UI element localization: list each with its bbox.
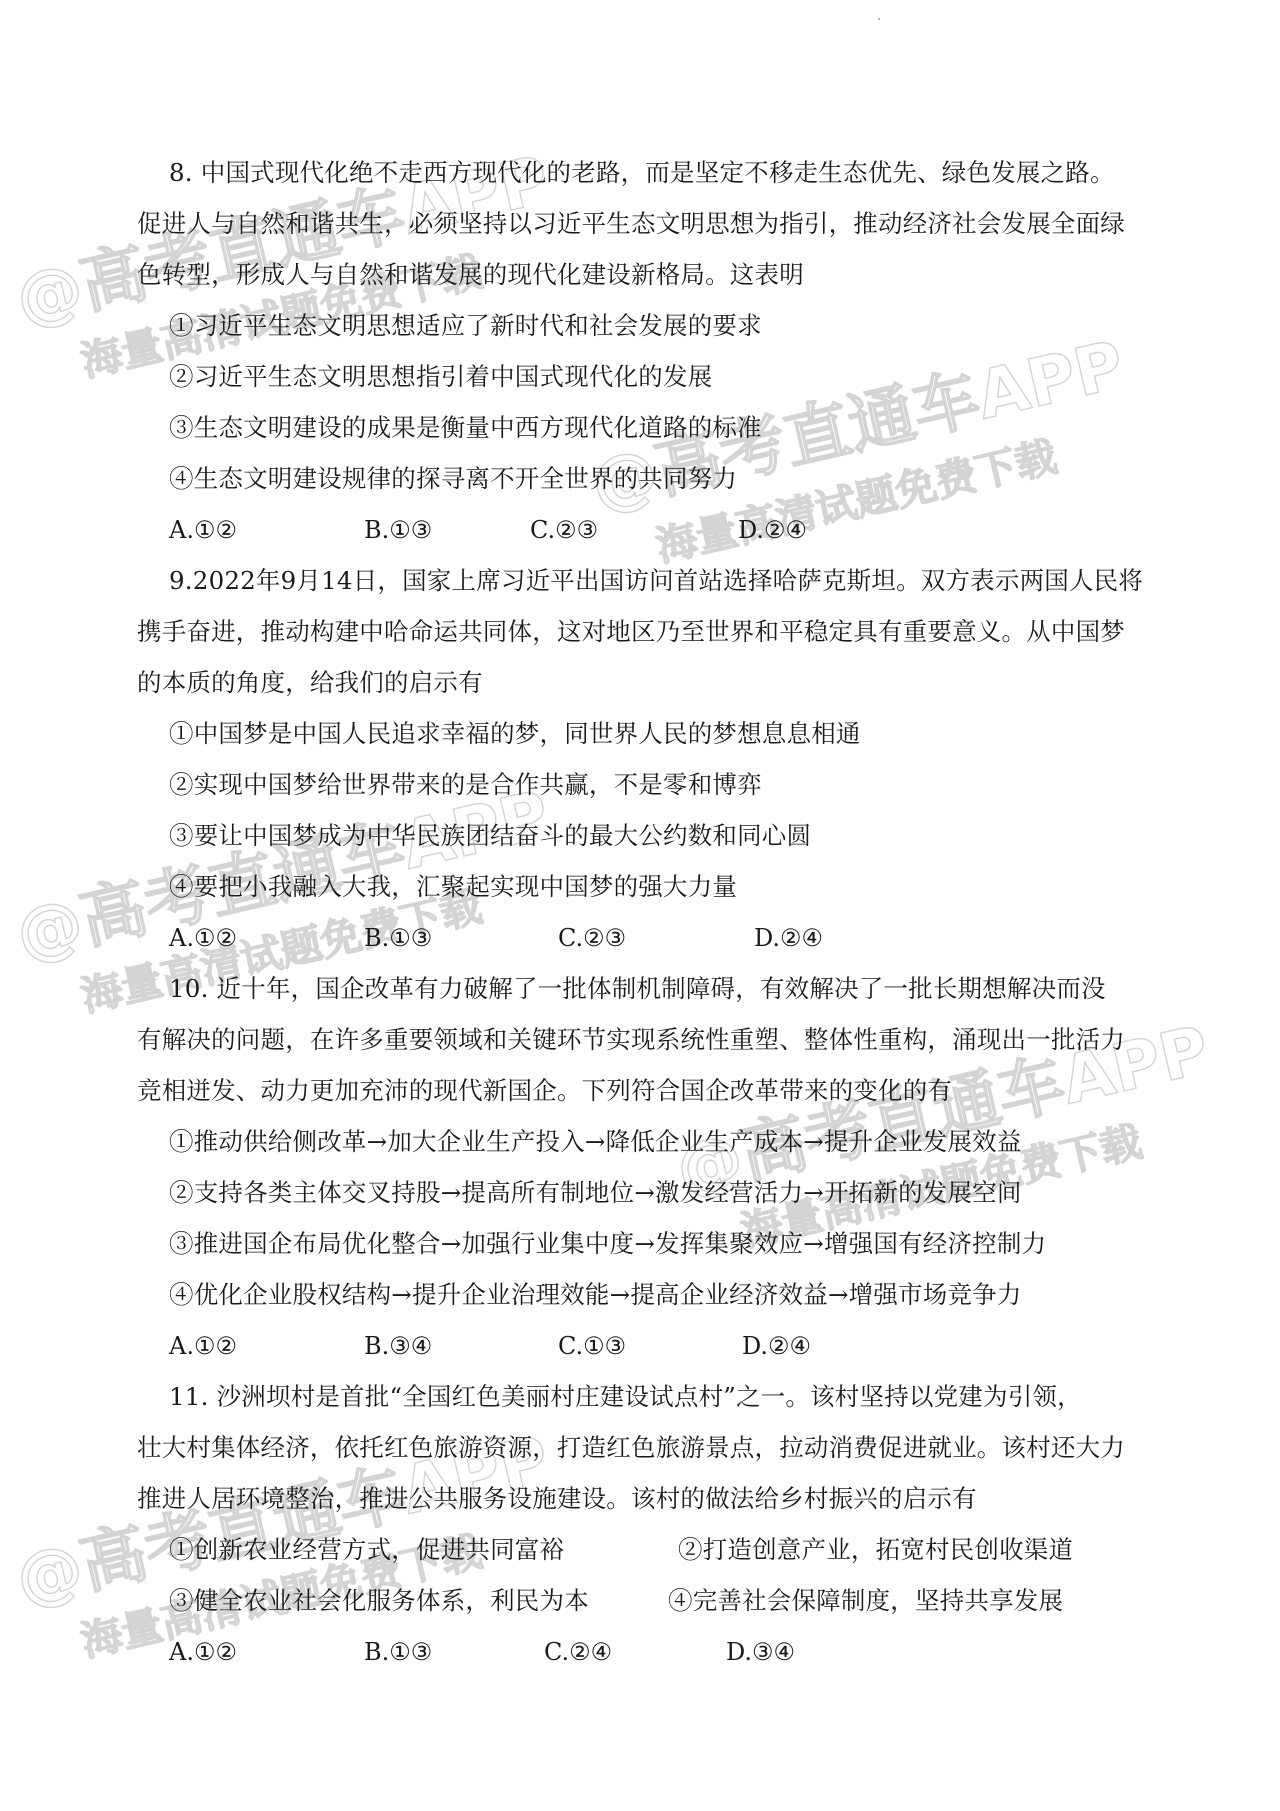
option-b: B.①③: [364, 514, 432, 546]
question-stem-line: 色转型，形成人与自然和谐发展的现代化建设新格局。这表明: [137, 259, 1182, 291]
statement-item: ①中国梦是中国人民追求幸福的梦，同世界人民的梦想息息相通: [169, 718, 1214, 750]
question-stem-line: 壮大村集体经济，依托红色旅游资源，打造红色旅游景点，拉动消费促进就业。该村还大力: [137, 1432, 1182, 1464]
option-b: B.①③: [364, 1636, 432, 1668]
statement-item: ③生态文明建设的成果是衡量中西方现代化道路的标准: [169, 412, 1214, 444]
question-stem-line: 携手奋进，推动构建中哈命运共同体，这对地区乃至世界和平稳定具有重要意义。从中国梦: [137, 616, 1182, 648]
option-a: A.①②: [169, 922, 237, 954]
statement-item: ④生态文明建设规律的探寻离不开全世界的共同努力: [169, 463, 1214, 495]
option-a: A.①②: [169, 1330, 237, 1362]
question-stem-line: 10. 近十年，国企改革有力破解了一批体制机制障碍，有效解决了一批长期想解决而没: [169, 973, 1214, 1005]
statement-item: ③推进国企布局优化整合→加强行业集中度→发挥集聚效应→增强国有经济控制力: [169, 1228, 1214, 1260]
statement-item: ③要让中国梦成为中华民族团结奋斗的最大公约数和同心圆: [169, 820, 1214, 852]
statement-item: ①推动供给侧改革→加大企业生产投入→降低企业生产成本→提升企业发展效益: [169, 1126, 1214, 1158]
option-c: C.①③: [558, 1330, 626, 1362]
question-stem-line: 推进人居环境整治，推进公共服务设施建设。该村的做法给乡村振兴的启示有: [137, 1483, 1182, 1515]
question-stem-line: 8. 中国式现代化绝不走西方现代化的老路，而是坚定不移走生态优先、绿色发展之路。: [169, 157, 1214, 189]
statement-item: ②习近平生态文明思想指引着中国式现代化的发展: [169, 361, 1214, 393]
statement-item: ④完善社会保障制度，坚持共享发展: [668, 1585, 1063, 1617]
watermark: @高考直通车APP 海量高清试题免费下载: [580, 312, 1145, 584]
question-stem-line: 的本质的角度，给我们的启示有: [137, 667, 1182, 699]
option-c: C.②③: [558, 922, 626, 954]
statement-item: ④要把小我融入大我，汇聚起实现中国梦的强大力量: [169, 871, 1214, 903]
option-b: B.①③: [364, 922, 432, 954]
statement-item: ①习近平生态文明思想适应了新时代和社会发展的要求: [169, 310, 1214, 342]
option-d: D.③④: [726, 1636, 795, 1668]
option-d: D.②④: [742, 1330, 811, 1362]
question-stem-line: 竞相迸发、动力更加充沛的现代新国企。下列符合国企改革带来的变化的有: [137, 1075, 1182, 1107]
question-stem-line: 促进人与自然和谐共生，必须坚持以习近平生态文明思想为指引，推动经济社会发展全面绿: [137, 208, 1182, 240]
option-d: D.②④: [754, 922, 823, 954]
option-a: A.①②: [169, 1636, 237, 1668]
option-d: D.②④: [738, 514, 807, 546]
option-a: A.①②: [169, 514, 237, 546]
exam-page: @高考直通车APP 海量高清试题免费下载 @高考直通车APP 海量高清试题免费下…: [0, 0, 1280, 1811]
scan-speck: [878, 18, 880, 20]
statement-item: ②实现中国梦给世界带来的是合作共赢，不是零和博弈: [169, 769, 1214, 801]
option-c: C.②④: [544, 1636, 612, 1668]
statement-item: ②打造创意产业，拓宽村民创收渠道: [678, 1534, 1073, 1566]
option-c: C.②③: [530, 514, 598, 546]
statement-item: ①创新农业经营方式，促进共同富裕: [169, 1534, 564, 1566]
statement-item: ②支持各类主体交叉持股→提高所有制地位→激发经营活力→开拓新的发展空间: [169, 1177, 1214, 1209]
question-stem-line: 有解决的问题，在许多重要领域和关键环节实现系统性重塑、整体性重构，涌现出一批活力: [137, 1024, 1182, 1056]
statement-item: ③健全农业社会化服务体系，利民为本: [169, 1585, 589, 1617]
question-stem-line: 9.2022年9月14日，国家上席习近平出国访问首站选择哈萨克斯坦。双方表示两国…: [169, 565, 1214, 597]
statement-item: ④优化企业股权结构→提升企业治理效能→提高企业经济效益→增强市场竞争力: [169, 1279, 1214, 1311]
question-stem-line: 11. 沙洲坝村是首批“全国红色美丽村庄建设试点村”之一。该村坚持以党建为引领，: [169, 1381, 1214, 1413]
option-b: B.③④: [364, 1330, 432, 1362]
